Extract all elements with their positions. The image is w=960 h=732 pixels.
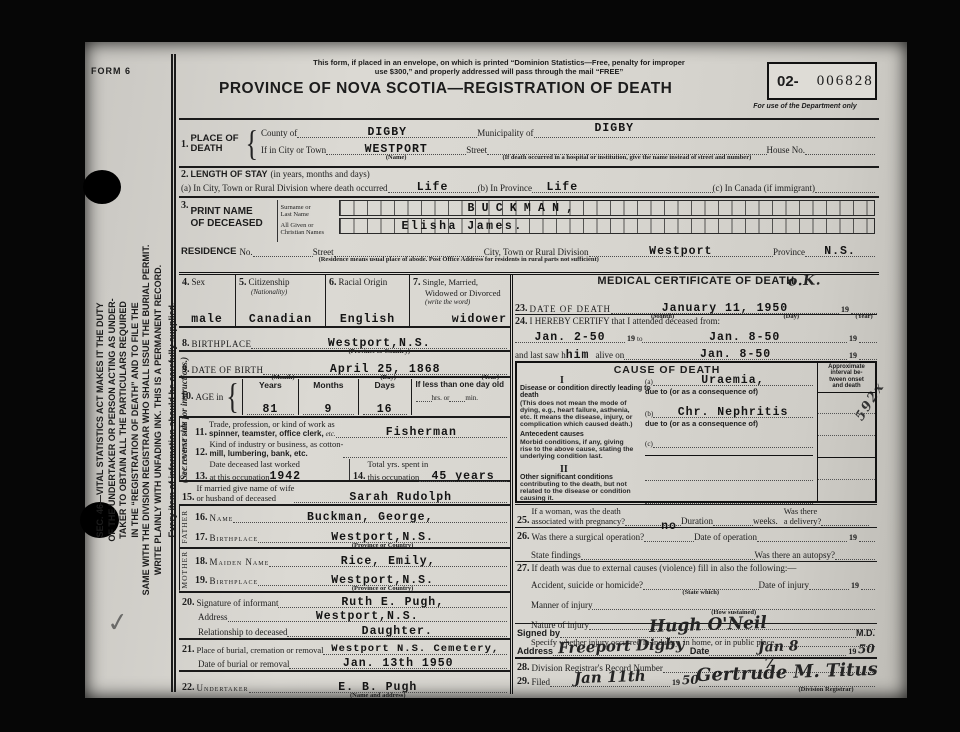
sidebar-line: IN THE “REGISTRATION OF DEATH” AND TO FI…: [130, 208, 142, 632]
signed-date-field: Jan 8: [709, 643, 846, 656]
form-number: FORM 6: [91, 66, 131, 76]
operation-date-field: [757, 529, 847, 542]
place-of-death-label: PLACE OF DEATH: [191, 134, 243, 154]
row-undertaker: 22. Undertaker E. B. Pugh (Name and addr…: [179, 670, 510, 694]
cause-c-field: [653, 435, 813, 448]
ok-handwritten-note: o.K.: [788, 272, 822, 289]
department-only-note: For use of the Department only: [735, 103, 875, 110]
residence-city-field: Westport: [589, 244, 773, 257]
age-months-cell: Months 9: [298, 379, 358, 415]
marital-status-cell: 7.Single, Married, Widowed or Divorced (…: [409, 275, 510, 326]
row-birthplace: 8. BIRTHPLACE Westport,N.S. (Province or…: [179, 326, 510, 350]
row-informant: 20. Signature of informant Ruth E. Pugh,…: [179, 591, 510, 639]
citizenship-value: Canadian: [239, 314, 322, 325]
serial-number: 006828: [817, 73, 874, 90]
him-typed: him: [566, 350, 590, 361]
punch-hole-top: [83, 170, 121, 204]
pencil-checkmark: ✓: [105, 607, 131, 640]
registration-form: This form, if placed in an envelope, on …: [171, 54, 879, 692]
age-days-cell: Days 16: [358, 379, 411, 415]
last-saw-alive-field: Jan. 8-50: [624, 347, 847, 360]
autopsy-field: [835, 547, 875, 560]
stay-province-field: Life: [532, 180, 712, 193]
father-birthplace-field: Westport,N.S. (Province or Country): [258, 530, 507, 543]
scanned-death-registration: { "form_meta": { "form_no": "FORM 6", "e…: [0, 0, 960, 732]
attended-from-field: Jan. 2-50: [515, 330, 625, 343]
envelope-note: This form, if placed in an envelope, on …: [239, 58, 759, 76]
given-names-label: All Given or Christian Names: [281, 219, 339, 236]
date-of-birth-field: April 25, 1868 (Month) (Day) (Year): [263, 362, 507, 375]
sidebar-line: SEC. 46—VITAL STATISTICS ACT MAKES IT TH…: [95, 208, 107, 632]
cause-b-field: Chr. Nephritis: [653, 405, 813, 418]
other-conditions-field-2: [645, 491, 813, 504]
total-years-field: 45 years: [419, 469, 507, 482]
occupation-group: OCCUPATION 11. Trade, profession, or kin…: [179, 416, 510, 480]
marital-status-value: widower: [413, 314, 507, 325]
row-certify: 24. I HEREBY CERTIFY that I attended dec…: [515, 314, 877, 360]
filed-date-field: Jan 11th: [550, 674, 670, 687]
burial-date-field: Jan. 13th 1950: [289, 656, 507, 669]
row-25-pregnancy: 25. If a woman, was the death associated…: [515, 504, 877, 528]
signer-address-field: Freeport Digby: [553, 643, 690, 656]
father-name-field: Buckman, George,: [233, 510, 507, 523]
surname-grid: BUCKMAN,: [339, 200, 876, 216]
sex-value: male: [182, 314, 232, 325]
cause-of-death-box: CAUSE OF DEATH I Disease or condition di…: [515, 361, 877, 503]
sidebar-line: TAKER TO OBTAIN ALL THE PARTICULARS REQU…: [118, 208, 130, 632]
injury-manner-field: (How sustained): [592, 597, 875, 610]
document-paper: FORM 6 SEC. 46—VITAL STATISTICS ACT MAKE…: [85, 42, 907, 698]
accident-field: (State which): [643, 577, 759, 590]
undertaker-field: E. B. Pugh (Name and address): [249, 680, 508, 693]
other-conditions-field-1: [645, 468, 813, 481]
spouse-field: Sarah Rudolph: [294, 490, 507, 503]
attended-to-field: Jan. 8-50: [642, 330, 847, 343]
stay-city-field: Life: [388, 180, 478, 193]
sidebar-line: SAME WITH THE DIVISION REGISTRAR WHO SHA…: [141, 208, 153, 632]
given-names-grid: Elisha James.: [339, 218, 876, 234]
mother-name-field: Rice, Emily,: [269, 554, 507, 567]
row-26-operation: 26. Was there a surgical operation? no D…: [515, 527, 877, 561]
citizenship-cell: 5.Citizenship (Nationality) Canadian: [235, 275, 325, 326]
residence-province-field: N.S.: [805, 244, 875, 257]
occupation-side-label: OCCUPATION: [179, 418, 192, 480]
section-residence: RESIDENCE No. Street (Residence means us…: [179, 242, 879, 272]
age-years-cell: Years 81: [242, 379, 298, 415]
municipality-field: DIGBY: [534, 125, 876, 138]
serial-prefix: 02-: [777, 73, 799, 90]
age-years-value: 81: [247, 390, 294, 415]
row-burial: 21. Place of burial, cremation or remova…: [179, 638, 510, 670]
section-print-name: 3. PRINT NAME OF DECEASED Surname or Las…: [179, 196, 879, 242]
racial-origin-value: English: [329, 314, 406, 325]
medical-certificate-title: MEDICAL CERTIFICATE OF DEATH o.K.: [515, 275, 877, 288]
age-months-value: 9: [303, 390, 354, 415]
row-date-of-death: 23. DATE OF DEATH January 11, 1950 (Mont…: [515, 288, 877, 313]
row-date-of-birth: 9. DATE OF BIRTH April 25, 1868 (Month) …: [179, 350, 510, 376]
form-columns: 4.Sex male 5.Citizenship (Nationality) C…: [179, 272, 879, 694]
informant-signature-field: Ruth E. Pugh,: [278, 595, 507, 608]
form-header: This form, if placed in an envelope, on …: [179, 58, 879, 118]
industry-field: [343, 445, 507, 458]
sex-cell: 4.Sex male: [179, 275, 235, 326]
mother-side-label: MOTHER: [179, 549, 192, 591]
findings-field: [581, 547, 755, 560]
stay-canada-field: [815, 180, 875, 193]
mother-group: MOTHER 18. Maiden Name Rice, Emily, 19. …: [179, 547, 510, 591]
sidebar-line: WRITE PLAINLY WITH UNFADING INK. THIS IS…: [153, 208, 165, 632]
age-less-than-day-cell: If less than one day old hrs. or min.: [411, 379, 508, 415]
city-town-field: WESTPORT (Name): [326, 142, 466, 155]
operation-field: no: [644, 529, 694, 542]
surname-label: Surname or Last Name: [281, 201, 339, 218]
cause-a-field: Uraemia,: [653, 373, 813, 386]
injury-date-field: [809, 577, 849, 590]
street-field: (If death occurred in a hospital or inst…: [487, 142, 766, 155]
signed-by-field: Hugh O'Neil: [560, 625, 856, 638]
row-sex-citizenship: 4.Sex male 5.Citizenship (Nationality) C…: [179, 275, 510, 326]
row-27-external-causes: 27. If death was due to external causes …: [515, 561, 877, 623]
duration-field: [713, 513, 753, 526]
age-days-value: 16: [363, 390, 407, 415]
delivery-field: [821, 513, 869, 526]
father-group: FATHER 16. Name Buckman, George, 17. Bir…: [179, 504, 510, 548]
trade-field: Fisherman: [336, 425, 507, 438]
father-side-label: FATHER: [179, 506, 192, 548]
section-length-of-stay: 2. LENGTH OF STAY (in years, months and …: [179, 166, 879, 196]
racial-origin-cell: 6.Racial Origin English: [325, 275, 409, 326]
burial-place-field: Westport N.S. Cemetery,: [323, 642, 507, 655]
county-field: DIGBY: [297, 125, 477, 138]
house-no-field: [805, 142, 875, 155]
personal-column: 4.Sex male 5.Citizenship (Nationality) C…: [179, 275, 513, 694]
print-name-label: PRINT NAME OF DECEASED: [191, 200, 277, 242]
mother-birthplace-field: Westport,N.S. (Province or Country): [258, 573, 507, 586]
row-spouse: 15. If married give name of wife or husb…: [179, 480, 510, 504]
date-of-death-field: January 11, 1950 (Month) (Day): [611, 301, 839, 314]
row-29-filed: 29. Filed Jan 11th 1950 Gertrude M. Titu…: [515, 672, 877, 694]
sidebar-line: OF THE UNDERTAKER OR PERSON ACTING AS UN…: [107, 208, 119, 632]
medical-column: MEDICAL CERTIFICATE OF DEATH o.K. 23. DA…: [513, 275, 879, 694]
row-age: 10. AGE in { Years 81 Months 9 Days 16: [179, 376, 510, 416]
section-place-of-death: 1. PLACE OF DEATH { County of DIGBY Muni…: [179, 118, 879, 166]
informant-address-field: Westport,N.S.: [228, 609, 508, 622]
residence-street-field: (Residence means usual place of abode. P…: [334, 244, 484, 257]
birthplace-field: Westport,N.S. (Province or Country): [251, 336, 507, 349]
informant-relationship-field: Daughter.: [287, 624, 507, 637]
registrar-signature-field: Gertrude M. Titus (Division Registrar): [699, 674, 875, 687]
interval-column: Approximate interval be- tween onset and…: [817, 363, 875, 501]
serial-number-box: 02- 006828: [767, 62, 877, 100]
